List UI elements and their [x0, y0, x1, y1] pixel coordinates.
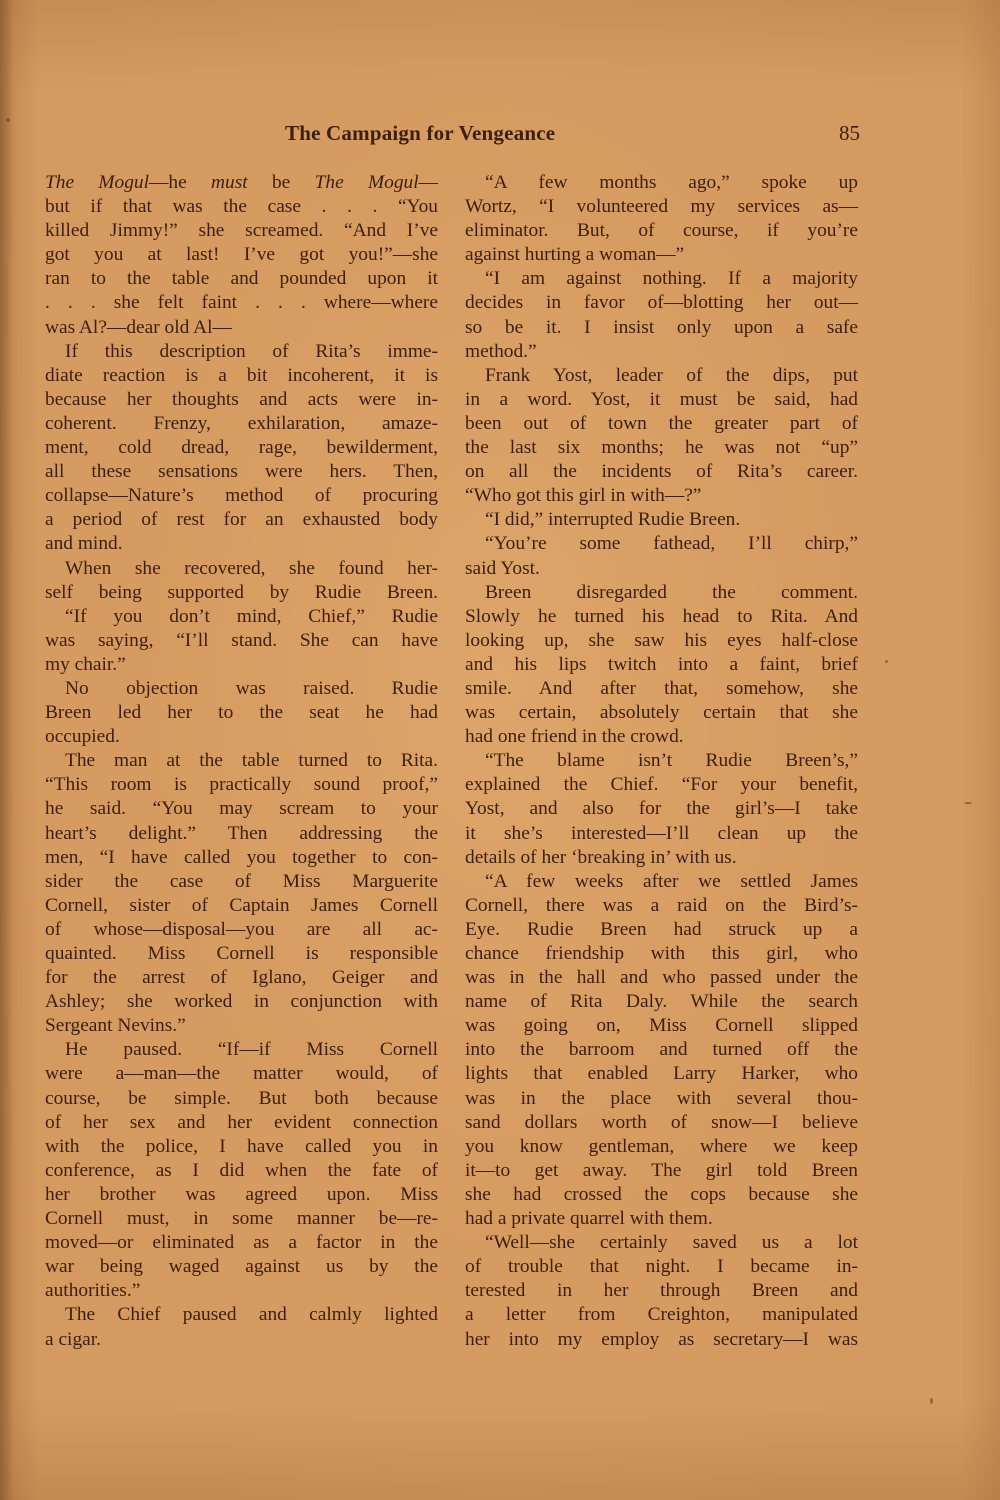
text-segment: and mind. [45, 533, 123, 554]
text-segment: in a word. Yost, it must be said, had [465, 389, 858, 410]
text-segment: her brother was agreed upon. Miss [45, 1184, 438, 1205]
text-line: was in the hall and who passed under the [465, 966, 858, 990]
text-segment: smile. And after that, somehow, she [465, 678, 858, 699]
left-text-column: The Mogul—he must be The Mogul—but if th… [45, 171, 438, 1352]
text-segment: had a private quarrel with them. [465, 1208, 713, 1229]
text-segment: be [248, 172, 315, 193]
text-line: chance friendship with this girl, who [465, 942, 858, 966]
text-line: had one friend in the crowd. [465, 725, 858, 749]
text-line: sider the case of Miss Marguerite [45, 870, 438, 894]
text-segment: authorities.” [45, 1280, 140, 1301]
text-segment: was in the hall and who passed under the [465, 967, 858, 988]
text-line: details of her ‘breaking in’ with us. [465, 846, 858, 870]
text-segment: was certain, absolutely certain that she [465, 702, 858, 723]
text-line: Cornell, sister of Captain James Cornell [45, 894, 438, 918]
text-segment: was going on, Miss Cornell slipped [465, 1015, 858, 1036]
text-segment: If this description of Rita’s imme- [65, 341, 438, 362]
text-line: had a private quarrel with them. [465, 1207, 858, 1231]
text-segment: Cornell, there was a raid on the Bird’s- [465, 895, 858, 916]
text-segment: “A few weeks after we settled James [485, 871, 858, 892]
text-segment: Frank Yost, leader of the dips, put [485, 365, 858, 386]
text-line: because her thoughts and acts were in- [45, 388, 438, 412]
paper-speck [885, 660, 888, 663]
text-line: the last six months; he was not “up” [465, 436, 858, 460]
text-segment: quainted. Miss Cornell is responsible [45, 943, 438, 964]
text-line: method.” [465, 340, 858, 364]
text-line: quainted. Miss Cornell is responsible [45, 942, 438, 966]
text-line: Slowly he turned his head to Rita. And [465, 605, 858, 629]
italic-text: The Mogul [45, 172, 149, 193]
text-line: smile. And after that, somehow, she [465, 677, 858, 701]
text-segment: The Chief paused and calmly lighted [65, 1304, 438, 1325]
text-line: so be it. I insist only upon a safe [465, 316, 858, 340]
text-segment: Eye. Rudie Breen had struck up a [465, 919, 858, 940]
text-line: of her sex and her evident connection [45, 1111, 438, 1135]
text-line: Frank Yost, leader of the dips, put [465, 364, 858, 388]
text-line: Ashley; she worked in conjunction with [45, 990, 438, 1014]
text-segment: Wortz, “I volunteered my services as— [465, 196, 858, 217]
text-segment: her into my employ as secretary—I was [465, 1329, 858, 1350]
text-line: into the barroom and turned off the [465, 1038, 858, 1062]
text-segment: ran to the table and pounded upon it [45, 268, 438, 289]
text-line: all these sensations were hers. Then, [45, 460, 438, 484]
text-segment: details of her ‘breaking in’ with us. [465, 847, 737, 868]
text-line: “You’re some fathead, I’ll chirp,” [465, 532, 858, 556]
text-line: course, be simple. But both because [45, 1087, 438, 1111]
text-segment: it—to get away. The girl told Breen [465, 1160, 858, 1181]
text-line: he said. “You may scream to your [45, 797, 438, 821]
text-segment: it she’s interested—I’ll clean up the [465, 823, 858, 844]
text-segment: Slowly he turned his head to Rita. And [465, 606, 858, 627]
text-line: Cornell, there was a raid on the Bird’s- [465, 894, 858, 918]
text-segment: a period of rest for an exhausted body [45, 509, 438, 530]
text-segment: with the police, I have called you in [45, 1136, 438, 1157]
text-line: Yost, and also for the girl’s—I take [465, 797, 858, 821]
text-segment: self being supported by Rudie Breen. [45, 582, 438, 603]
text-segment: “Who got this girl in with—?” [465, 485, 701, 506]
text-line: on all the incidents of Rita’s career. [465, 460, 858, 484]
text-segment: Breen disregarded the comment. [485, 582, 858, 603]
text-segment: diate reaction is a bit incoherent, it i… [45, 365, 438, 386]
text-segment: ment, cold dread, rage, bewilderment, [45, 437, 438, 458]
text-line: “Who got this girl in with—?” [465, 484, 858, 508]
text-line: ment, cold dread, rage, bewilderment, [45, 436, 438, 460]
text-line: “Well—she certainly saved us a lot [465, 1231, 858, 1255]
text-segment: explained the Chief. “For your benefit, [465, 774, 858, 795]
text-line: . . . she felt faint . . . where—where [45, 291, 438, 315]
text-segment: looking up, she saw his eyes half-close [465, 630, 858, 651]
text-line: “A few weeks after we settled James [465, 870, 858, 894]
text-segment: method.” [465, 341, 537, 362]
text-line: and mind. [45, 532, 438, 556]
text-line: my chair.” [45, 653, 438, 677]
text-segment: Cornell, sister of Captain James Cornell [45, 895, 438, 916]
text-segment: collapse—Nature’s method of procuring [45, 485, 438, 506]
text-segment: of her sex and her evident connection [45, 1112, 438, 1133]
text-segment: When she recovered, she found her- [65, 558, 438, 579]
text-line: “A few months ago,” spoke up [465, 171, 858, 195]
text-segment: coherent. Frenzy, exhilaration, amaze- [45, 413, 438, 434]
text-line: diate reaction is a bit incoherent, it i… [45, 364, 438, 388]
text-line: The Mogul—he must be The Mogul— [45, 171, 438, 195]
text-line: If this description of Rita’s imme- [45, 340, 438, 364]
text-segment: . . . she felt faint . . . where—where [45, 292, 438, 313]
text-segment: because her thoughts and acts were in- [45, 389, 438, 410]
text-segment: The man at the table turned to Rita. [65, 750, 438, 771]
text-segment: was in the place with several thou- [465, 1088, 858, 1109]
text-segment: said Yost. [465, 558, 540, 579]
text-line: been out of town the greater part of [465, 412, 858, 436]
text-segment: of trouble that night. I became in- [465, 1256, 858, 1277]
text-line: self being supported by Rudie Breen. [45, 581, 438, 605]
text-segment: name of Rita Daly. While the search [465, 991, 858, 1012]
text-segment: “I am against nothing. If a majority [485, 268, 858, 289]
text-line: Sergeant Nevins.” [45, 1014, 438, 1038]
text-line: lights that enabled Larry Harker, who [465, 1062, 858, 1086]
text-segment: so be it. I insist only upon a safe [465, 317, 858, 338]
text-line: was saying, “I’ll stand. She can have [45, 629, 438, 653]
text-line: a period of rest for an exhausted body [45, 508, 438, 532]
text-line: No objection was raised. Rudie [45, 677, 438, 701]
text-segment: heart’s delight.” Then addressing the [45, 823, 438, 844]
text-segment: He paused. “If—if Miss Cornell [65, 1039, 438, 1060]
text-line: it she’s interested—I’ll clean up the [465, 822, 858, 846]
text-segment: — [419, 172, 438, 193]
text-line: her into my employ as secretary—I was [465, 1328, 858, 1352]
text-segment: lights that enabled Larry Harker, who [465, 1063, 858, 1084]
text-line: against hurting a woman—” [465, 243, 858, 267]
text-line: a cigar. [45, 1328, 438, 1352]
text-line: “I did,” interrupted Rudie Breen. [465, 508, 858, 532]
running-title: The Campaign for Vengeance [285, 121, 555, 146]
paper-speck [930, 1398, 933, 1404]
text-segment: Yost, and also for the girl’s—I take [465, 798, 858, 819]
text-line: was Al?—dear old Al— [45, 316, 438, 340]
text-segment: killed Jimmy!” she screamed. “And I’ve [45, 220, 438, 241]
text-line: eliminator. But, of course, if you’re [465, 219, 858, 243]
text-line: with the police, I have called you in [45, 1135, 438, 1159]
text-segment: got you at last! I’ve got you!”—she [45, 244, 438, 265]
text-line: sand dollars worth of snow—I believe [465, 1111, 858, 1135]
text-line: moved—or eliminated as a factor in the [45, 1231, 438, 1255]
text-line: When she recovered, she found her- [45, 557, 438, 581]
text-line: it—to get away. The girl told Breen [465, 1159, 858, 1183]
text-segment: moved—or eliminated as a factor in the [45, 1232, 438, 1253]
text-segment: was saying, “I’ll stand. She can have [45, 630, 438, 651]
text-segment: Breen led her to the seat he had [45, 702, 438, 723]
text-segment: you know gentleman, where we keep [465, 1136, 858, 1157]
text-line: a letter from Creighton, manipulated [465, 1303, 858, 1327]
text-line: heart’s delight.” Then addressing the [45, 822, 438, 846]
text-segment: the last six months; he was not “up” [465, 437, 858, 458]
text-line: coherent. Frenzy, exhilaration, amaze- [45, 412, 438, 436]
text-line: killed Jimmy!” she screamed. “And I’ve [45, 219, 438, 243]
text-line: explained the Chief. “For your benefit, [465, 773, 858, 797]
page-number: 85 [839, 121, 860, 146]
text-segment: sider the case of Miss Marguerite [45, 871, 438, 892]
text-segment: Ashley; she worked in conjunction with [45, 991, 438, 1012]
text-segment: terested in her through Breen and [465, 1280, 858, 1301]
text-line: terested in her through Breen and [465, 1279, 858, 1303]
text-line: for the arrest of Iglano, Geiger and [45, 966, 438, 990]
text-line: Eye. Rudie Breen had struck up a [465, 918, 858, 942]
text-line: her brother was agreed upon. Miss [45, 1183, 438, 1207]
text-segment: a letter from Creighton, manipulated [465, 1304, 858, 1325]
text-line: you know gentleman, where we keep [465, 1135, 858, 1159]
text-segment: conference, as I did when the fate of [45, 1160, 438, 1181]
text-line: got you at last! I’ve got you!”—she [45, 243, 438, 267]
text-segment: No objection was raised. Rudie [65, 678, 438, 699]
running-header: The Campaign for Vengeance 85 [285, 121, 860, 151]
text-line: The man at the table turned to Rita. [45, 749, 438, 773]
text-segment: course, be simple. But both because [45, 1088, 438, 1109]
text-line: in a word. Yost, it must be said, had [465, 388, 858, 412]
text-segment: sand dollars worth of snow—I believe [465, 1112, 858, 1133]
text-line: and his lips twitch into a faint, brief [465, 653, 858, 677]
text-line: “If you don’t mind, Chief,” Rudie [45, 605, 438, 629]
text-line: name of Rita Daly. While the search [465, 990, 858, 1014]
text-line: men, “I have called you together to con- [45, 846, 438, 870]
text-line: conference, as I did when the fate of [45, 1159, 438, 1183]
paper-speck [964, 802, 972, 804]
text-line: were a—man—the matter would, of [45, 1062, 438, 1086]
text-line: was going on, Miss Cornell slipped [465, 1014, 858, 1038]
text-line: was certain, absolutely certain that she [465, 701, 858, 725]
text-line: Cornell must, in some manner be—re- [45, 1207, 438, 1231]
text-segment: “You’re some fathead, I’ll chirp,” [485, 533, 858, 554]
text-segment: “If you don’t mind, Chief,” Rudie [65, 606, 438, 627]
text-segment: for the arrest of Iglano, Geiger and [45, 967, 438, 988]
text-segment: into the barroom and turned off the [465, 1039, 858, 1060]
text-segment: “A few months ago,” spoke up [485, 172, 858, 193]
text-line: ran to the table and pounded upon it [45, 267, 438, 291]
text-segment: a cigar. [45, 1329, 101, 1350]
text-segment: men, “I have called you together to con- [45, 847, 438, 868]
paper-speck [6, 118, 10, 122]
text-line: He paused. “If—if Miss Cornell [45, 1038, 438, 1062]
text-line: was in the place with several thou- [465, 1087, 858, 1111]
text-line: but if that was the case . . . “You [45, 195, 438, 219]
page-spine-edge [0, 0, 14, 1500]
text-line: of trouble that night. I became in- [465, 1255, 858, 1279]
italic-text: must [211, 172, 248, 193]
text-segment: —he [149, 172, 211, 193]
text-line: The Chief paused and calmly lighted [45, 1303, 438, 1327]
text-segment: he said. “You may scream to your [45, 798, 438, 819]
text-segment: on all the incidents of Rita’s career. [465, 461, 858, 482]
text-segment: “I did,” interrupted Rudie Breen. [485, 509, 740, 530]
text-line: “I am against nothing. If a majority [465, 267, 858, 291]
text-line: authorities.” [45, 1279, 438, 1303]
text-segment: been out of town the greater part of [465, 413, 858, 434]
text-line: “This room is practically sound proof,” [45, 773, 438, 797]
text-segment: Cornell must, in some manner be—re- [45, 1208, 438, 1229]
text-segment: of whose—disposal—you are all ac- [45, 919, 438, 940]
text-segment: against hurting a woman—” [465, 244, 684, 265]
text-segment: “Well—she certainly saved us a lot [485, 1232, 858, 1253]
text-segment: occupied. [45, 726, 120, 747]
text-segment: eliminator. But, of course, if you’re [465, 220, 858, 241]
text-segment: war being waged against us by the [45, 1256, 438, 1277]
text-segment: chance friendship with this girl, who [465, 943, 858, 964]
text-segment: was Al?—dear old Al— [45, 317, 232, 338]
text-line: looking up, she saw his eyes half-close [465, 629, 858, 653]
text-line: Breen disregarded the comment. [465, 581, 858, 605]
right-text-column: “A few months ago,” spoke upWortz, “I vo… [465, 171, 858, 1352]
text-line: occupied. [45, 725, 438, 749]
text-line: collapse—Nature’s method of procuring [45, 484, 438, 508]
text-segment: she had crossed the cops because she [465, 1184, 858, 1205]
text-segment: decides in favor of—blotting her out— [465, 292, 858, 313]
text-line: said Yost. [465, 557, 858, 581]
text-line: war being waged against us by the [45, 1255, 438, 1279]
text-segment: “This room is practically sound proof,” [45, 774, 438, 795]
text-line: “The blame isn’t Rudie Breen’s,” [465, 749, 858, 773]
italic-text: The Mogul [315, 172, 419, 193]
text-segment: all these sensations were hers. Then, [45, 461, 438, 482]
text-segment: Sergeant Nevins.” [45, 1015, 186, 1036]
text-segment: and his lips twitch into a faint, brief [465, 654, 858, 675]
text-line: decides in favor of—blotting her out— [465, 291, 858, 315]
text-segment: my chair.” [45, 654, 126, 675]
text-line: Breen led her to the seat he had [45, 701, 438, 725]
text-segment: were a—man—the matter would, of [45, 1063, 438, 1084]
book-page: The Campaign for Vengeance 85 The Mogul—… [0, 0, 1000, 1500]
text-segment: had one friend in the crowd. [465, 726, 684, 747]
text-line: of whose—disposal—you are all ac- [45, 918, 438, 942]
text-line: she had crossed the cops because she [465, 1183, 858, 1207]
text-segment: “The blame isn’t Rudie Breen’s,” [485, 750, 858, 771]
text-line: Wortz, “I volunteered my services as— [465, 195, 858, 219]
text-segment: but if that was the case . . . “You [45, 196, 438, 217]
